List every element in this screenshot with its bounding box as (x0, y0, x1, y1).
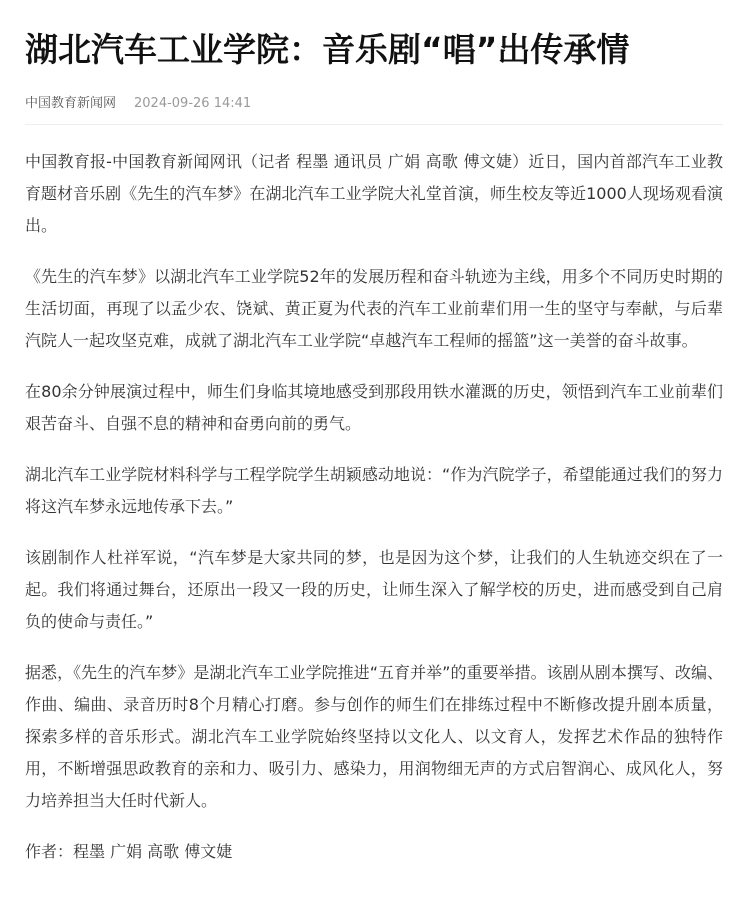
paragraph: 据悉，《先生的汽车梦》是湖北汽车工业学院推进“五育并举”的重要举措。该剧从剧本撰… (25, 657, 723, 817)
article-author: 作者：程墨 广娟 高歌 傅文婕 (25, 836, 723, 868)
article-title: 湖北汽车工业学院：音乐剧“唱”出传承情 (25, 0, 723, 74)
meta-divider (25, 124, 723, 125)
paragraph: 湖北汽车工业学院材料科学与工程学院学生胡颖感动地说：“作为汽院学子，希望能通过我… (25, 459, 723, 523)
paragraph: 该剧制作人杜祥军说，“汽车梦是大家共同的梦，也是因为这个梦，让我们的人生轨迹交织… (25, 542, 723, 638)
article-body: 中国教育报-中国教育新闻网讯（记者 程墨 通讯员 广娟 高歌 傅文婕）近日，国内… (25, 146, 723, 868)
paragraph: 《先生的汽车梦》以湖北汽车工业学院52年的发展历程和奋斗轨迹为主线，用多个不同历… (25, 261, 723, 357)
article-source[interactable]: 中国教育新闻网 (25, 95, 116, 113)
article: 湖北汽车工业学院：音乐剧“唱”出传承情 中国教育新闻网 2024-09-26 1… (0, 0, 746, 868)
paragraph: 在80余分钟展演过程中，师生们身临其境地感受到那段用铁水灌溉的历史，领悟到汽车工… (25, 376, 723, 440)
paragraph: 中国教育报-中国教育新闻网讯（记者 程墨 通讯员 广娟 高歌 傅文婕）近日，国内… (25, 146, 723, 242)
article-meta: 中国教育新闻网 2024-09-26 14:41 (25, 95, 723, 113)
article-datetime: 2024-09-26 14:41 (134, 95, 251, 113)
